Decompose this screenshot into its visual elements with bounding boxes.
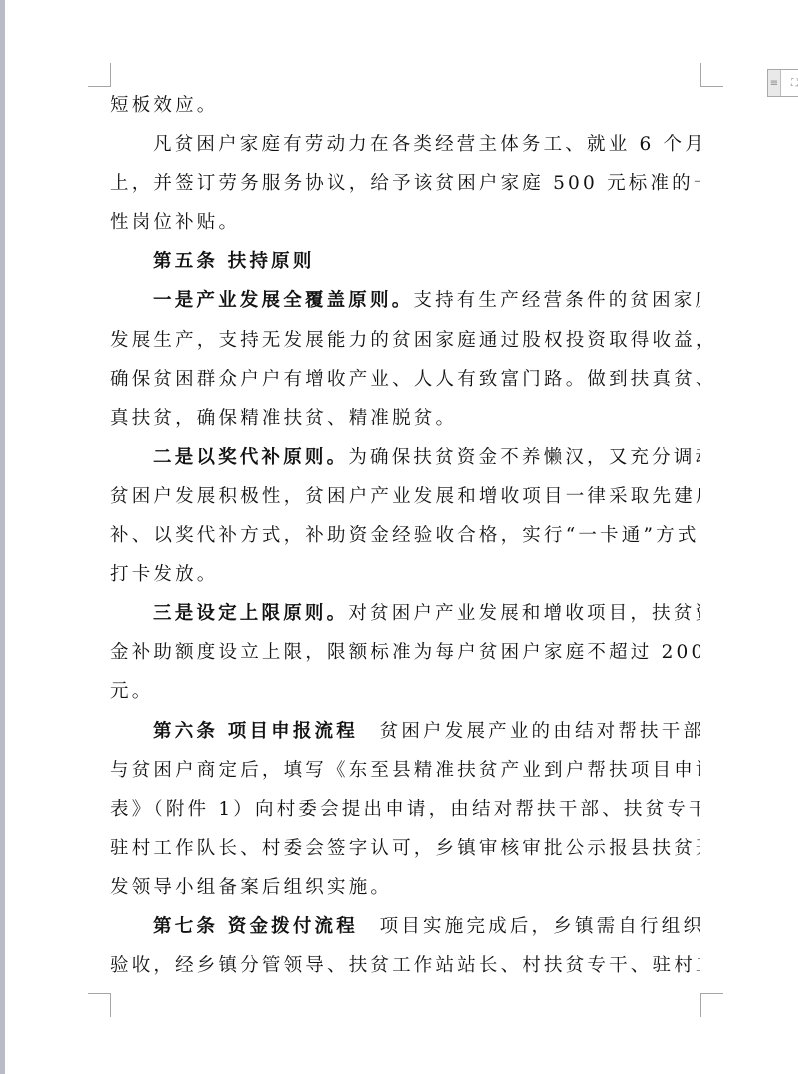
crop-mark-bottom-right	[700, 993, 723, 1017]
paragraph-line: 发展生产，支持无发展能力的贫困家庭通过股权投资取得收益，	[110, 321, 700, 360]
paragraph-line: 元。	[110, 672, 700, 711]
left-scrollbar-gutter	[0, 0, 5, 1074]
document-page[interactable]: 短板效应。 凡贫困户家庭有劳动力在各类经营主体务工、就业 6 个月以 上，并签订…	[110, 86, 700, 985]
paragraph-line: 金补助额度设立上限，限额标准为每户贫困户家庭不超过 2000	[110, 633, 700, 672]
principle-title: 二是以奖代补原则。	[153, 447, 348, 468]
paragraph-line: 贫困户发展积极性，贫困户产业发展和增收项目一律采取先建后	[110, 477, 700, 516]
paragraph-line: 发领导小组备案后组织实施。	[110, 868, 700, 907]
paragraph-line: 一是产业发展全覆盖原则。支持有生产经营条件的贫困家庭	[110, 281, 700, 320]
paragraph-line: 打卡发放。	[110, 555, 700, 594]
crop-mark-bottom-left	[88, 993, 111, 1017]
paragraph-line: 短板效应。	[110, 86, 700, 125]
section-heading: 第六条 项目申报流程 贫困户发展产业的由结对帮扶干部	[110, 712, 700, 751]
paragraph-line: 验收，经乡镇分管领导、扶贫工作站站长、村扶贫专干、驻村工	[110, 946, 700, 985]
paragraph-line: 性岗位补贴。	[110, 203, 700, 242]
crop-mark-top-right	[700, 63, 723, 87]
paragraph-line: 确保贫困群众户户有增收产业、人人有致富门路。做到扶真贫、	[110, 360, 700, 399]
paragraph-line: 真扶贫，确保精准扶贫、精准脱贫。	[110, 399, 700, 438]
layout-icon[interactable]: ≡	[768, 70, 781, 96]
layout-options-widget[interactable]: ≡ ⛶	[767, 69, 798, 97]
paragraph-line: 补、以奖代补方式，补助资金经验收合格，实行“一卡通”方式	[110, 516, 700, 555]
paragraph-line: 驻村工作队长、村委会签字认可，乡镇审核审批公示报县扶贫开	[110, 829, 700, 868]
crop-mark-top-left	[88, 63, 111, 87]
paragraph-line: 与贫困户商定后，填写《东至县精准扶贫产业到户帮扶项目申请	[110, 751, 700, 790]
paragraph-line: 凡贫困户家庭有劳动力在各类经营主体务工、就业 6 个月以	[110, 125, 700, 164]
paragraph-line: 三是设定上限原则。对贫困户产业发展和增收项目，扶贫资	[110, 594, 700, 633]
paragraph-line: 上，并签订劳务服务协议，给予该贫困户家庭 500 元标准的一次	[110, 164, 700, 203]
paragraph-line: 表》（附件 1）向村委会提出申请，由结对帮扶干部、扶贫专干、	[110, 790, 700, 829]
paragraph-line: 二是以奖代补原则。为确保扶贫资金不养懒汉，又充分调动	[110, 438, 700, 477]
section-heading: 第五条 扶持原则	[110, 242, 700, 281]
principle-title: 三是设定上限原则。	[153, 603, 348, 624]
principle-title: 一是产业发展全覆盖原则。	[153, 290, 413, 311]
section-heading: 第七条 资金拨付流程 项目实施完成后，乡镇需自行组织	[110, 907, 700, 946]
expand-icon[interactable]: ⛶	[781, 70, 798, 96]
